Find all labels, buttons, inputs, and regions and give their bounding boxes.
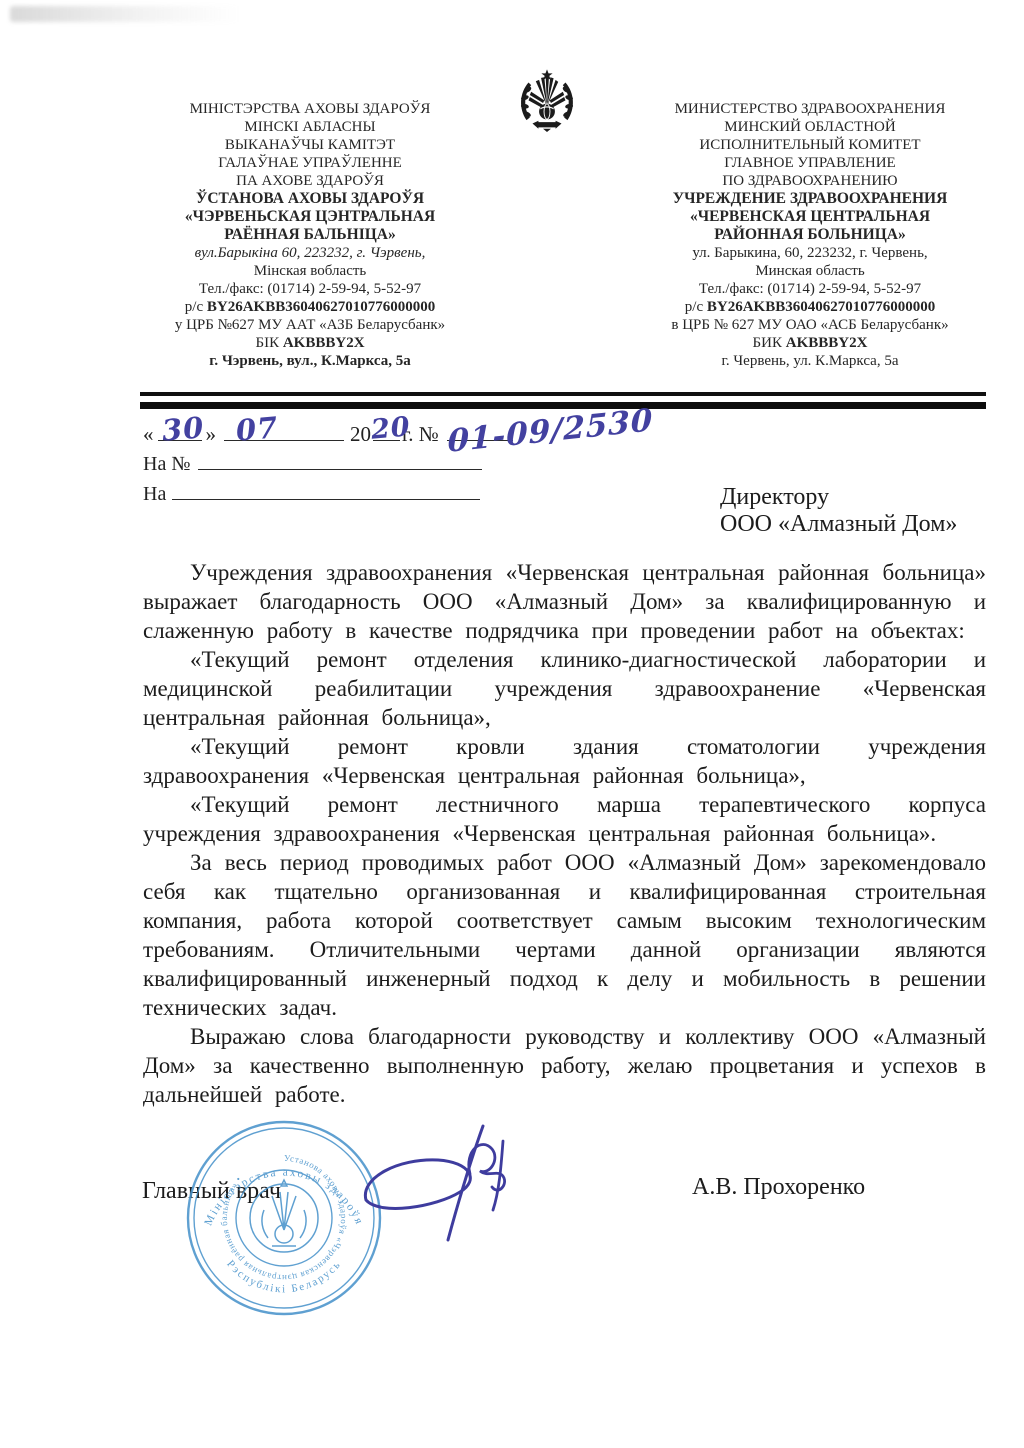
account-label: р/с [185, 299, 207, 315]
ministry-line: ПА АХОВЕ ЗДАРОЎЯ [150, 172, 470, 190]
handwritten-signature-icon [352, 1120, 524, 1252]
handwritten-month: 07 [235, 413, 280, 446]
paragraph: За весь период проводимых работ ООО «Алм… [143, 848, 986, 1022]
letterhead-right: МИНИСТЕРСТВО ЗДРАВООХРАНЕНИЯ МИНСКИЙ ОБЛ… [635, 100, 985, 370]
ministry-line: МИНИСТЕРСТВО ЗДРАВООХРАНЕНИЯ [635, 100, 985, 118]
bik-label: БИК [753, 335, 786, 351]
signer-name: А.В. Прохоренко [692, 1174, 865, 1201]
paragraph: «Текущий ремонт лестничного марша терапе… [143, 790, 986, 848]
number-underline: 01-09/2530 [447, 418, 513, 441]
incoming-date-line: На [143, 481, 663, 506]
org-name-line: «ЧЭРВЕНЬСКАЯ ЦЭНТРАЛЬНАЯ [150, 208, 470, 226]
open-quote: « [143, 422, 154, 447]
scan-artifact-smudge [10, 6, 240, 22]
reference-block: «30»072020г. №01-09/2530 На № На [143, 418, 663, 506]
scanned-letter-page: МІНІСТЭРСТВА АХОВЫ ЗДАРОЎЯ МІНСКІ АБЛАСН… [0, 0, 1024, 1448]
ministry-line: ГЛАВНОЕ УПРАВЛЕНИЕ [635, 154, 985, 172]
org-name-line: РАЙОННАЯ БОЛЬНИЦА» [635, 226, 985, 244]
org-name-line: УЧРЕЖДЕНИЕ ЗДРАВООХРАНЕНИЯ [635, 190, 985, 208]
bik-label: БІК [255, 335, 282, 351]
bank-line: у ЦРБ №627 МУ ААТ «АЗБ Беларусбанк» [150, 316, 470, 334]
date-line: «30»072020г. №01-09/2530 [143, 418, 663, 446]
year-printed: 20 [350, 422, 371, 447]
account-value: BY26AKBB36040627010776000000 [207, 299, 435, 315]
year-underline: 20 [373, 418, 400, 441]
ministry-line: ВЫКАНАЎЧЫ КАМІТЭТ [150, 136, 470, 154]
paragraph: Выражаю слова благодарности руководству … [143, 1022, 986, 1109]
recipient-block: Директору ООО «Алмазный Дом» [720, 484, 957, 538]
incoming-number-underline [198, 451, 482, 470]
divider-thick [140, 402, 986, 409]
paragraph: «Текущий ремонт отделения клинико-диагно… [143, 645, 986, 732]
incoming-date-underline [172, 481, 480, 500]
incoming-number-label: На № [143, 453, 190, 475]
bik-line: БИК AKBBBY2X [635, 334, 985, 352]
ministry-line: ИСПОЛНИТЕЛЬНЫЙ КОМИТЕТ [635, 136, 985, 154]
region-line: Мінская вобласть [150, 262, 470, 280]
account-label: р/с [685, 299, 707, 315]
ministry-line: МІНІСТЭРСТВА АХОВЫ ЗДАРОЎЯ [150, 100, 470, 118]
belarus-coat-of-arms-icon [514, 68, 580, 134]
region-line: Минская область [635, 262, 985, 280]
account-line: р/с BY26AKBB36040627010776000000 [635, 298, 985, 316]
letterhead-left: МІНІСТЭРСТВА АХОВЫ ЗДАРОЎЯ МІНСКІ АБЛАСН… [150, 100, 470, 370]
phone-line: Тел./факс: (01714) 2-59-94, 5-52-97 [150, 280, 470, 298]
handwritten-day: 30 [160, 413, 205, 446]
stamp-emblem-icon [250, 1180, 318, 1252]
close-quote: » [206, 422, 217, 447]
bik-value: AKBBBY2X [786, 335, 868, 351]
divider-thin [140, 392, 986, 396]
org-name-line: «ЧЕРВЕНСКАЯ ЦЕНТРАЛЬНАЯ [635, 208, 985, 226]
ministry-line: МІНСКІ АБЛАСНЫ [150, 118, 470, 136]
handwritten-year: 20 [370, 413, 412, 443]
recipient-org: ООО «Алмазный Дом» [720, 511, 957, 538]
org-name-line: РАЁННАЯ БАЛЬНІЦА» [150, 226, 470, 244]
bank-line: в ЦРБ № 627 МУ ОАО «АСБ Беларусбанк» [635, 316, 985, 334]
recipient-title: Директору [720, 484, 957, 511]
phone-line: Тел./факс: (01714) 2-59-94, 5-52-97 [635, 280, 985, 298]
bik-line: БІК AKBBBY2X [150, 334, 470, 352]
ministry-line: ГАЛАЎНАЕ УПРАЎЛЕННЕ [150, 154, 470, 172]
letter-body: Учреждения здравоохранения «Червенская ц… [143, 558, 986, 1109]
handwritten-number: 01-09/2530 [447, 405, 653, 458]
address-line: г. Червень, ул. К.Маркса, 5а [635, 352, 985, 370]
ministry-line: МИНСКИЙ ОБЛАСТНОЙ [635, 118, 985, 136]
paragraph: «Текущий ремонт кровли здания стоматолог… [143, 732, 986, 790]
incoming-number-line: На № [143, 451, 663, 476]
day-underline: 30 [158, 418, 202, 441]
incoming-date-label: На [143, 483, 166, 505]
address-line: г. Чэрвень, вул., К.Маркса, 5а [150, 352, 470, 370]
street-line: вул.Барыкіна 60, 223232, г. Чэрвень, [150, 244, 470, 262]
street-line: ул. Барыкина, 60, 223232, г. Червень, [635, 244, 985, 262]
account-value: BY26AKBB36040627010776000000 [707, 299, 935, 315]
org-name-line: ЎСТАНОВА АХОВЫ ЗДАРОЎЯ [150, 190, 470, 208]
paragraph: Учреждения здравоохранения «Червенская ц… [143, 558, 986, 645]
account-line: р/с BY26AKBB36040627010776000000 [150, 298, 470, 316]
month-underline: 07 [224, 418, 344, 441]
ministry-line: ПО ЗДРАВООХРАНЕНИЮ [635, 172, 985, 190]
bik-value: AKBBBY2X [283, 335, 365, 351]
